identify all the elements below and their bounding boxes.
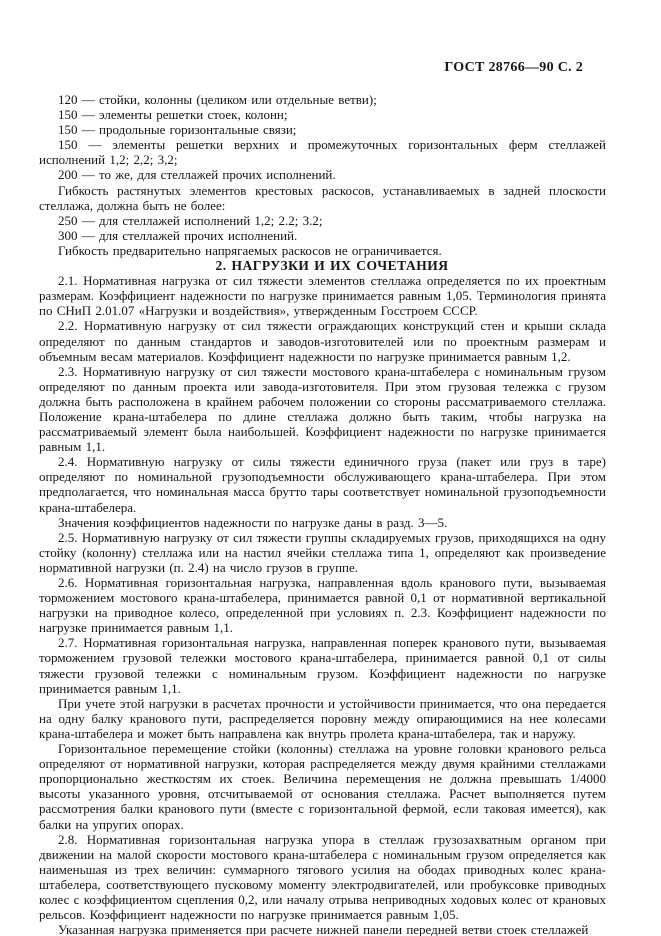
flexibility-item-150-braces: 150 — продольные горизонтальные связи; (39, 122, 606, 137)
clause-2-7-note-2: Горизонтальное перемещение стойки (колон… (39, 741, 606, 832)
flexibility-item-300: 300 — для стеллажей прочих исполнений. (39, 228, 606, 243)
clause-2-1: 2.1. Нормативная нагрузка от сил тяжести… (39, 273, 606, 318)
clause-2-4: 2.4. Нормативную нагрузку от силы тяжест… (39, 454, 606, 514)
document-page: ГОСТ 28766—90 С. 2 120 — стойки, колонны… (0, 0, 661, 936)
clause-2-2: 2.2. Нормативную нагрузку от сил тяжести… (39, 318, 606, 363)
clause-2-6: 2.6. Нормативная горизонтальная нагрузка… (39, 575, 606, 635)
clause-2-3: 2.3. Нормативную нагрузку от сил тяжести… (39, 364, 606, 455)
standard-number: ГОСТ 28766—90 С. 2 (444, 60, 583, 75)
flexibility-item-150-lattice: 150 — элементы решетки стоек, колонн; (39, 107, 606, 122)
flexibility-item-150-trusses: 150 — элементы решетки верхних и промежу… (39, 137, 606, 167)
clause-2-8-note: Указанная нагрузка применяется при расче… (39, 922, 606, 936)
document-body: 120 — стойки, колонны (целиком или отдел… (39, 92, 606, 936)
page-header: ГОСТ 28766—90 С. 2 (0, 60, 583, 76)
flexibility-note: Гибкость растянутых элементов крестовых … (39, 183, 606, 213)
clause-2-8: 2.8. Нормативная горизонтальная нагрузка… (39, 832, 606, 923)
clause-2-7: 2.7. Нормативная горизонтальная нагрузка… (39, 635, 606, 695)
flexibility-closing-note: Гибкость предварительно напрягаемых раск… (39, 243, 606, 258)
clause-2-7-note-1: При учете этой нагрузки в расчетах прочн… (39, 696, 606, 741)
flexibility-item-250: 250 — для стеллажей исполнений 1,2; 2.2;… (39, 213, 606, 228)
flexibility-item-120: 120 — стойки, колонны (целиком или отдел… (39, 92, 606, 107)
flexibility-item-200: 200 — то же, для стеллажей прочих исполн… (39, 167, 606, 182)
clause-2-5: 2.5. Нормативную нагрузку от сил тяжести… (39, 530, 606, 575)
clause-2-4-note: Значения коэффициентов надежности по наг… (39, 515, 606, 530)
section-heading: 2. НАГРУЗКИ И ИХ СОЧЕТАНИЯ (39, 258, 606, 273)
